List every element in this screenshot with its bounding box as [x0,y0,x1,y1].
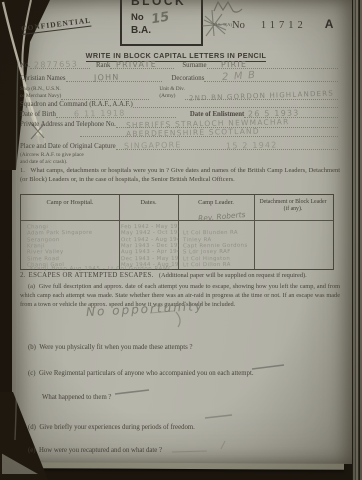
camps-table: Camp or Hospital. Dates. Camp Leader. De… [20,194,334,270]
question-2e: (e) How were you recaptured and on what … [28,447,162,454]
christian-names-label: Christian Names [20,75,66,82]
row-number-rank-surname: No. 2877653 Rank PRIVATE Surname PIRIE [20,58,338,69]
block-stamp-box: BLOCK No15 B.A. [120,0,203,46]
question-2c-followup: What happened to them ? [42,394,111,401]
row-capture: Place and Date of Original Capture SINGA… [20,139,338,150]
question-2-title-text: ESCAPES OR ATTEMPTED ESCAPES. [29,272,154,279]
capture-field: SINGAPORE 15 2 1942 [116,139,338,150]
question-2e-label: (e) [28,447,36,454]
row-address-2: ABERDEENSHIRE SCOTLAND [80,126,338,137]
table-header-leader: Camp Leader. [178,199,254,207]
table-header-detachment: Detachment or Block Leader (if any). [257,199,329,213]
serial-label: No [232,20,245,31]
surname-label: Surname [182,62,206,69]
cell-leader [179,227,259,228]
decorations-value: 2 M B [222,70,257,83]
serial-number-line: No11712A [232,17,333,31]
christian-names-field: JOHN [66,71,162,82]
capture-note-line1: (Aircrew R.A.F. to give place [20,152,84,158]
decorations-field: 2 M B [204,71,338,82]
rank-value: PRIVATE [116,60,157,70]
surname-field: PIRIE [207,58,338,69]
capture-date: 15 2 1942 [226,140,278,150]
table-header-camp: Camp or Hospital. [21,199,119,207]
question-1-text: What camps, detachments or hospitals wer… [20,167,340,183]
question-2c-text: Give Regimental particulars of anyone wh… [39,370,254,377]
question-2-number: 2. [20,272,25,279]
decorations-label: Decorations [172,75,205,82]
question-2d-text: Give briefly your experiences during per… [39,424,195,431]
question-2b-label: (b) [28,344,36,351]
address-value-line2: ABERDEENSHIRE SCOTLAND [126,127,260,139]
serial-grade: A [325,17,334,31]
page-stack-edge [352,0,362,480]
question-2b: (b) Were you physically fit when you mad… [28,344,193,351]
capture-label: Place and Date of Original Capture [20,143,116,150]
row-christian-decorations: Christian Names JOHN Decorations 2 M B [20,71,338,82]
question-1-number: 1. [20,167,25,174]
block-stamp-title: BLOCK [131,0,201,8]
underlying-page-edge [34,462,344,470]
question-2b-text: Were you physically fit when you made th… [39,344,192,351]
form-code: M.L. 9(A) [213,22,232,27]
question-2c-label: (c) [28,370,36,377]
rank-label: Rank [96,62,110,69]
service-no-field: 2877653 [30,58,90,69]
unit-label-line1: Unit & Div. [159,86,185,92]
rank-field: PRIVATE [110,58,174,69]
service-no-label: No. [20,62,30,69]
serial-value: 11712 [261,20,307,31]
question-2-title: 2. ESCAPES OR ATTEMPTED ESCAPES. (Additi… [20,272,307,279]
block-stamp-no-line: No15 [131,9,201,24]
christian-names-value: JOHN [93,73,119,83]
surname-value: PIRIE [220,60,246,70]
question-2-title-note: (Additional paper will be supplied on re… [159,272,307,279]
question-2d: (d) Give briefly your experiences during… [28,424,195,431]
question-1: 1. What camps, detachments or hospitals … [20,166,340,184]
question-2e-text: How were you recaptured and on what date… [39,447,162,454]
ship-label-line1: Ship (R.N., U.S.N. [20,86,61,92]
table-header-dates: Dates. [119,199,178,207]
cell-leader: Lt Col Dillon RA [179,262,259,269]
capture-place: SINGAPORE [124,140,182,150]
scanned-pow-questionnaire: CONFIDENTIAL BLOCK No15 B.A. M.L. 9(A) N… [0,0,362,480]
question-2c: (c) Give Regimental particulars of anyon… [28,370,254,377]
question-2d-label: (d) [28,424,36,431]
question-2a-label: (a) [28,283,35,290]
block-no-label: No [131,12,144,23]
block-stamp-suffix: B.A. [131,25,201,36]
table-header-separator [21,220,333,221]
capture-note-line2: and date of a/c crash). [20,159,67,165]
address-field-line2: ABERDEENSHIRE SCOTLAND [80,126,338,137]
block-no-handwritten: 15 [150,10,170,28]
service-no-value: 2877653 [34,60,78,70]
capture-note: (Aircrew R.A.F. to give place and date o… [20,152,84,166]
